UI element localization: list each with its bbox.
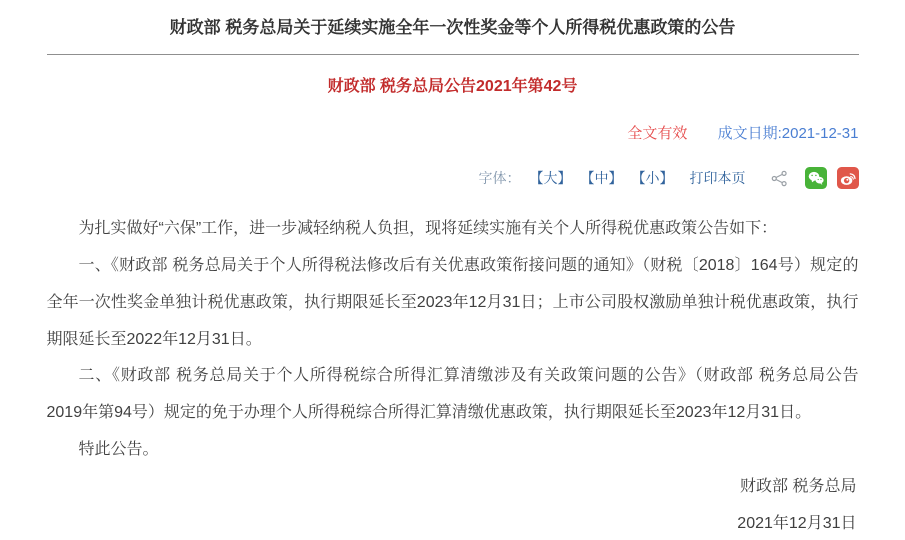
issue-date: 成文日期:2021-12-31	[718, 125, 859, 142]
signature-issuer: 财政部 税务总局	[47, 469, 857, 506]
print-page-button[interactable]: 打印本页	[690, 168, 746, 188]
share-icon[interactable]	[770, 169, 789, 188]
font-size-label: 字体：	[479, 168, 521, 188]
signature-date: 2021年12月31日	[47, 506, 857, 540]
font-size-medium-button[interactable]: 【中】	[581, 168, 623, 188]
paragraph-item-one: 一、《财政部 税务总局关于个人所得税法修改后有关优惠政策衔接问题的通知》（财税〔…	[47, 248, 859, 358]
signature-block: 财政部 税务总局 2021年12月31日	[47, 469, 859, 540]
weibo-icon[interactable]	[837, 167, 859, 189]
paragraph-intro: 为扎实做好“六保”工作，进一步减轻纳税人负担，现将延续实施有关个人所得税优惠政策…	[47, 211, 859, 248]
page-title: 财政部 税务总局关于延续实施全年一次性奖金等个人所得税优惠政策的公告	[47, 16, 859, 55]
font-size-large-button[interactable]: 【大】	[530, 168, 572, 188]
status-badge: 全文有效	[627, 125, 687, 142]
toolbar: 字体： 【大】 【中】 【小】 打印本页	[47, 167, 859, 189]
announcement-document: 财政部 税务总局关于延续实施全年一次性奖金等个人所得税优惠政策的公告 财政部 税…	[47, 0, 859, 540]
font-size-small-button[interactable]: 【小】	[632, 168, 674, 188]
document-body: 为扎实做好“六保”工作，进一步减轻纳税人负担，现将延续实施有关个人所得税优惠政策…	[47, 211, 859, 469]
wechat-icon[interactable]	[805, 167, 827, 189]
meta-row: 全文有效 成文日期:2021-12-31	[47, 124, 859, 144]
paragraph-item-two: 二、《财政部 税务总局关于个人所得税综合所得汇算清缴涉及有关政策问题的公告》（财…	[47, 358, 859, 432]
paragraph-closing: 特此公告。	[47, 432, 859, 469]
doc-number: 财政部 税务总局公告2021年第42号	[47, 73, 859, 96]
